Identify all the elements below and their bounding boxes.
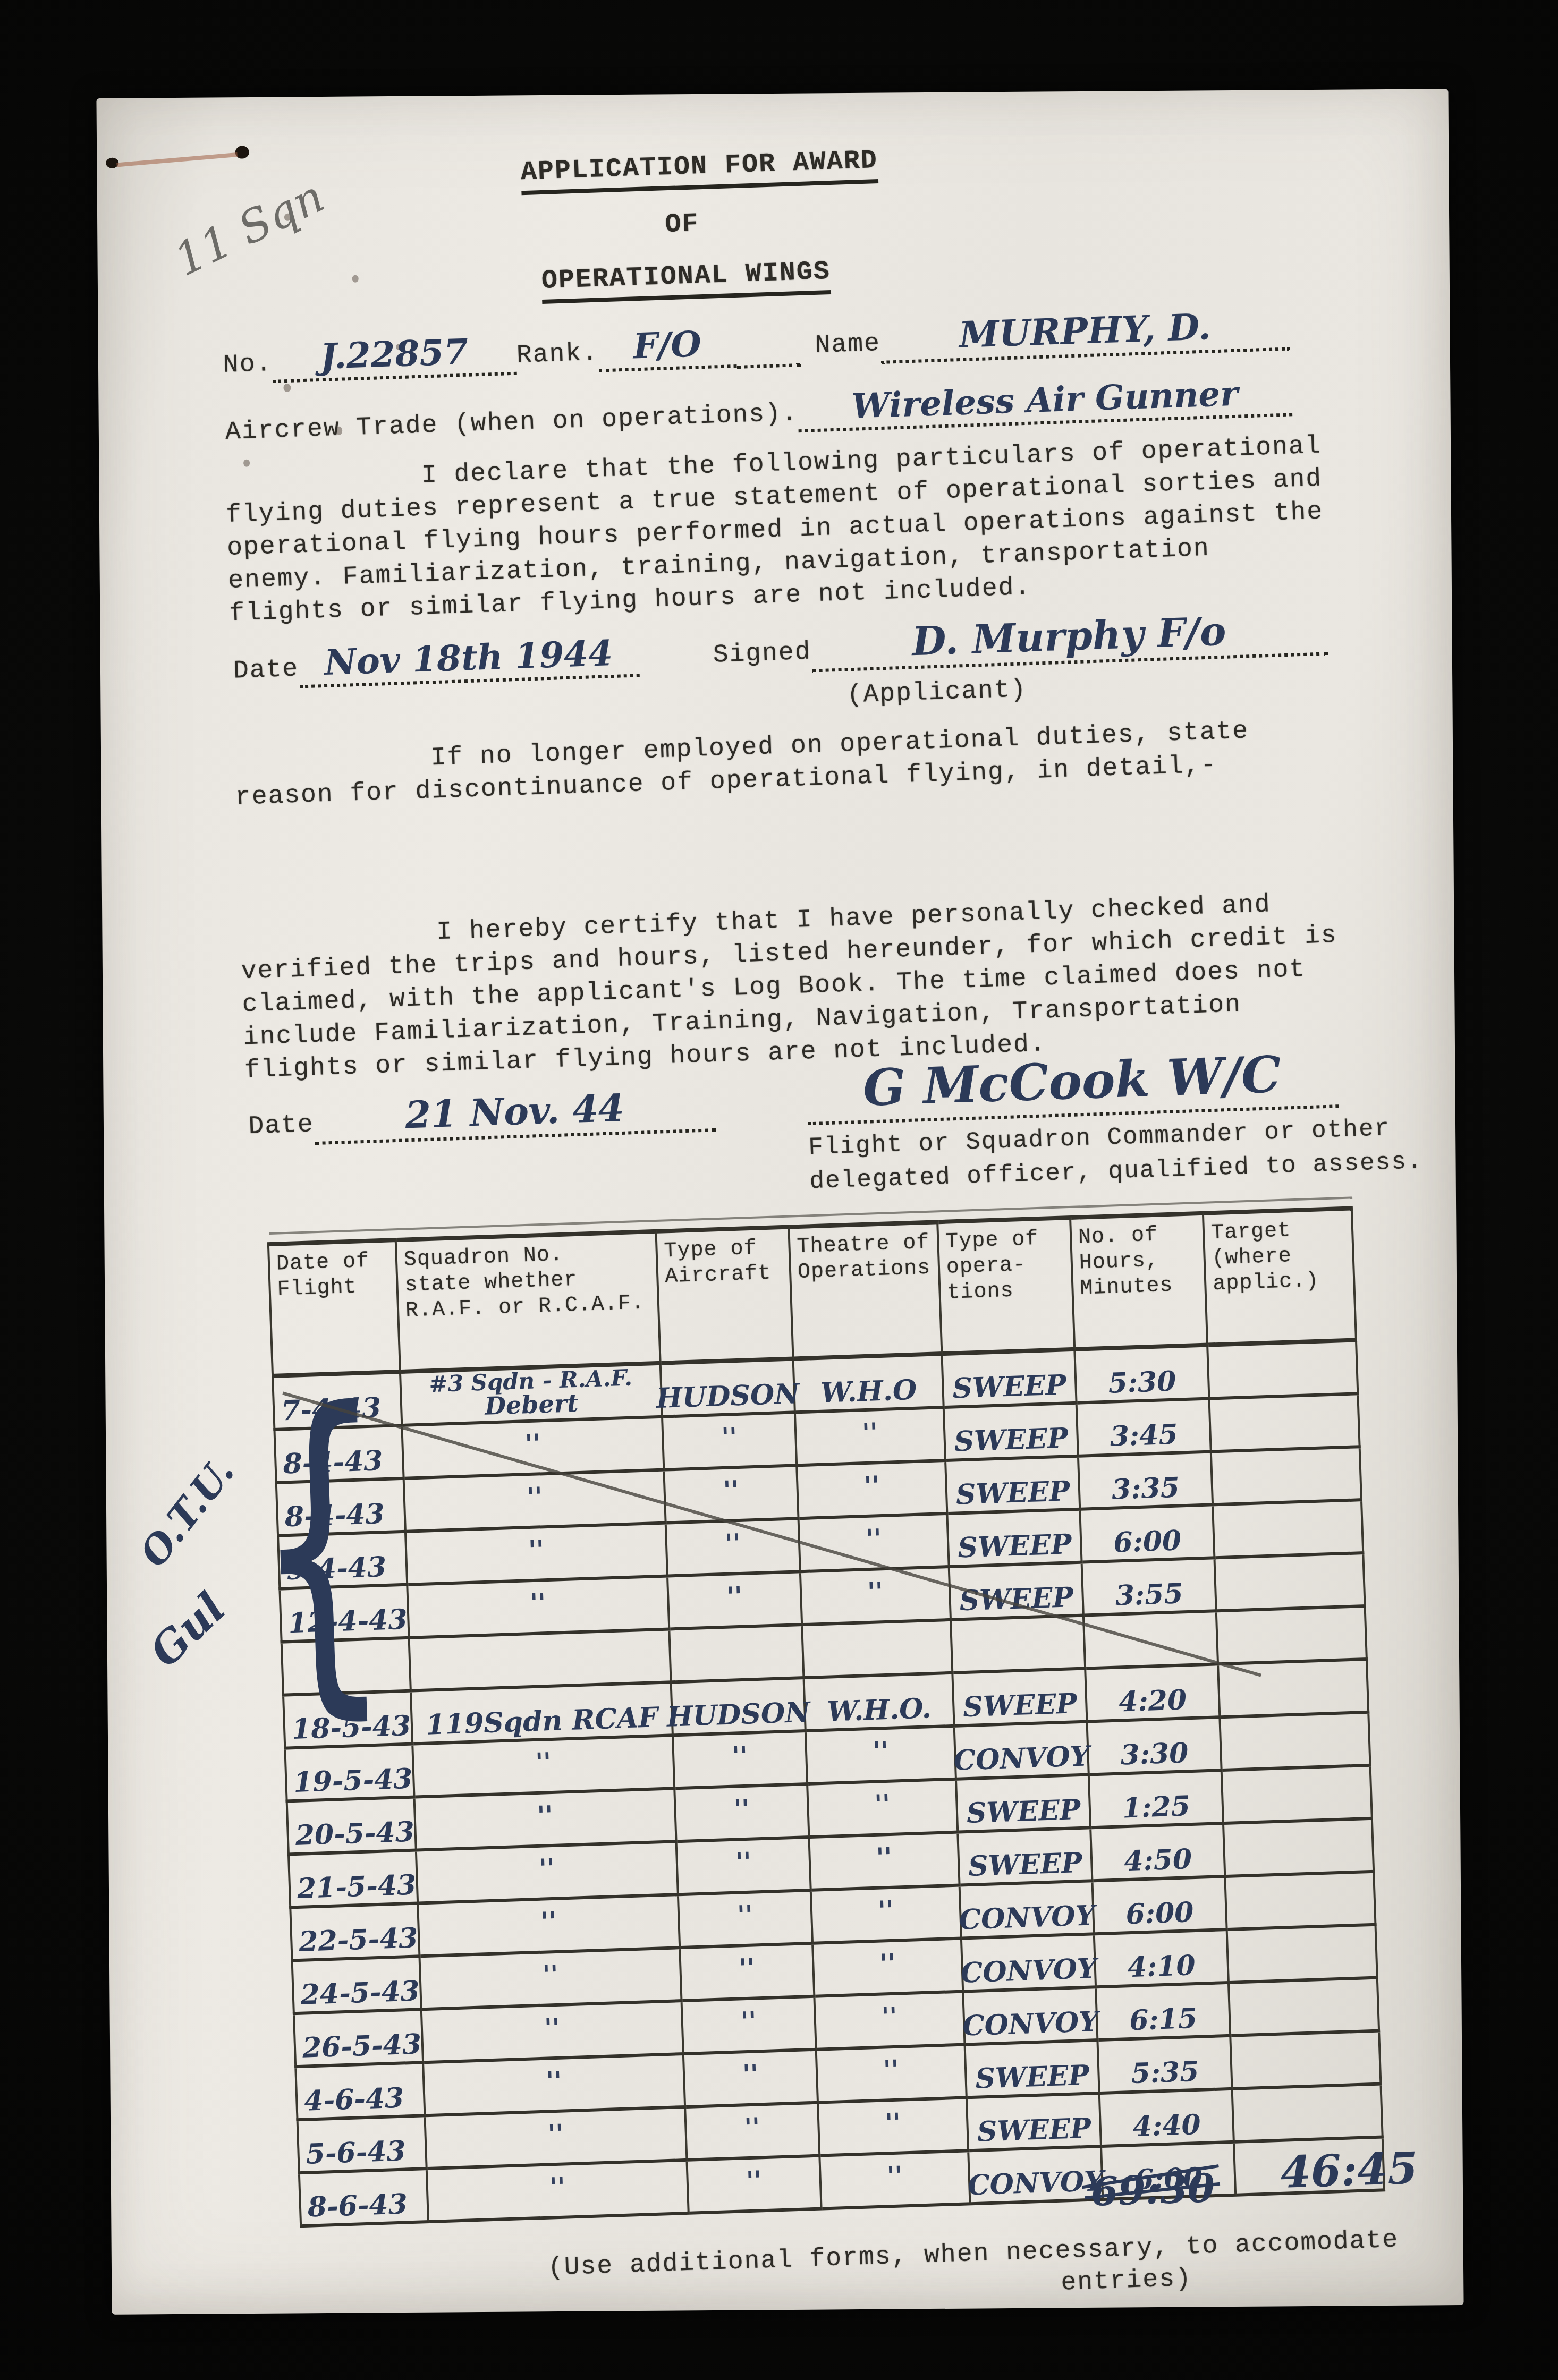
cell-theatre: '' (796, 1409, 946, 1467)
cell-aircraft: HUDSON (672, 1679, 807, 1737)
column-header: Target(whereapplic.) (1204, 1206, 1357, 1347)
cell-ops: CONVOY (964, 1988, 1098, 2046)
cell-squadron: '' (419, 1896, 681, 1958)
cell-date: 20-5-43 (286, 1798, 417, 1856)
cell-date: 21-5-43 (287, 1851, 419, 1909)
cell-aircraft: '' (667, 1520, 801, 1577)
cell-ops: SWEEP (959, 1829, 1093, 1886)
cell-theatre: '' (817, 2046, 968, 2104)
cell-hours: 4:40 (1100, 2090, 1235, 2148)
cell-hours: 3:45 (1078, 1400, 1212, 1457)
flights-table: Date ofFlightSquadron No.state whetherR.… (267, 1206, 1385, 2228)
document-page: 11 Sqn APPLICATION FOR AWARD OF OPERATIO… (96, 89, 1463, 2315)
cell-target (1231, 2033, 1382, 2090)
cell-squadron: '' (417, 1843, 679, 1905)
cell-hours: 1:25 (1090, 1772, 1224, 1829)
cell-theatre: '' (798, 1462, 948, 1520)
column-header: Squadron No.state whetherR.A.F. or R.C.A… (397, 1229, 662, 1374)
cell-target (1233, 2085, 1384, 2143)
cell-target (1214, 1501, 1364, 1559)
cell-squadron: '' (422, 2002, 684, 2064)
cell-target (1224, 1820, 1375, 1878)
column-header: Theatre ofOperations (790, 1220, 943, 1361)
cell-target (1212, 1448, 1362, 1506)
footer-note-line1: (Use additional forms, when necessary, t… (547, 2226, 1399, 2283)
no-label: No. (223, 350, 273, 380)
cell-ops: SWEEP (945, 1405, 1079, 1462)
cell-date: 4-6-43 (294, 2064, 426, 2121)
date-label: Date (233, 656, 299, 686)
cell-theatre: '' (814, 1940, 964, 1998)
photo-backdrop: 11 Sqn APPLICATION FOR AWARD OF OPERATIO… (0, 0, 1558, 2380)
cell-theatre: '' (801, 1568, 952, 1626)
cell-hours: 3:30 (1088, 1719, 1223, 1776)
cell-theatre: '' (807, 1728, 957, 1786)
cell-squadron (410, 1630, 672, 1692)
margin-note-otu: O.T.U. (131, 1450, 243, 1575)
cell-aircraft: '' (668, 1573, 803, 1630)
cell-ops: CONVOY (955, 1723, 1090, 1780)
cell-ops: CONVOY (962, 1935, 1097, 1993)
cell-theatre (803, 1621, 953, 1679)
name-value: MURPHY, D. (879, 303, 1290, 363)
cell-squadron: #3 Sqdn - R.A.F.Debert (401, 1365, 663, 1427)
column-header: No. ofHours,Minutes (1071, 1211, 1208, 1351)
cell-date: 24-5-43 (291, 1958, 422, 2015)
dotted-leader (737, 357, 801, 369)
cell-aircraft: HUDSON (662, 1361, 796, 1418)
cell-theatre: W.H.O (794, 1356, 945, 1414)
cell-hours: 6:00 (1081, 1506, 1215, 1563)
staple-rust-mark (116, 152, 238, 167)
commander-date-value: 21 Nov. 44 (313, 1084, 716, 1145)
cell-hours: 3:35 (1079, 1453, 1214, 1510)
cell-aircraft: '' (684, 2051, 819, 2109)
applicant-caption: (Applicant) (846, 676, 1027, 710)
cell-hours: 4:20 (1086, 1665, 1221, 1723)
cell-hours: 6:00 (1094, 1878, 1228, 1935)
signed-label: Signed (713, 639, 812, 670)
commander-signature-block: G McCook W/C Flight or Squadron Commande… (806, 1044, 1341, 1195)
cell-hours (1085, 1612, 1219, 1670)
identity-line: No. J.22857 Rank. F/O Name MURPHY, D. (222, 303, 1290, 386)
cell-date: 22-5-43 (289, 1905, 420, 1962)
cell-hours: 5:30 (1076, 1347, 1210, 1405)
cell-target (1208, 1342, 1359, 1400)
cell-ops: SWEEP (966, 2042, 1100, 2099)
footer-note-line2: entries) (1061, 2265, 1192, 2298)
cell-theatre: '' (819, 2099, 969, 2157)
cell-squadron: '' (413, 1737, 675, 1798)
column-header: Type ofAircraft (657, 1225, 794, 1365)
cell-aircraft: '' (675, 1786, 810, 1843)
cell-date: 19-5-43 (284, 1746, 415, 1803)
cell-date: 5-6-43 (297, 2117, 428, 2174)
cell-aircraft: '' (674, 1732, 808, 1790)
cell-hours: 4:50 (1091, 1825, 1226, 1882)
cell-ops: SWEEP (957, 1776, 1091, 1833)
cell-squadron: '' (426, 2109, 688, 2170)
total-hours-struck: 69:30 (1090, 2164, 1215, 2215)
cell-aircraft: '' (679, 1892, 814, 1949)
cell-ops: SWEEP (946, 1458, 1081, 1515)
cell-ops: CONVOY (969, 2148, 1104, 2205)
pencil-squadron-note: 11 Sqn (166, 170, 332, 286)
cell-aircraft: '' (688, 2157, 823, 2215)
cell-squadron: '' (405, 1472, 667, 1533)
cell-aircraft (670, 1626, 805, 1684)
cell-target (1216, 1554, 1366, 1612)
cell-theatre: W.H.O. (805, 1674, 955, 1732)
name-label: Name (815, 330, 881, 361)
cell-squadron: '' (424, 2055, 686, 2117)
cell-target (1230, 1979, 1380, 2037)
pin-hole (352, 275, 358, 282)
pin-hole (283, 384, 291, 392)
rank-label: Rank. (516, 339, 599, 371)
cell-ops: SWEEP (943, 1351, 1078, 1409)
form-title-connector: OF (665, 208, 700, 240)
cell-squadron: '' (403, 1418, 665, 1480)
cell-squadron: '' (408, 1577, 670, 1639)
cell-aircraft: '' (683, 1998, 817, 2055)
cell-theatre: '' (812, 1887, 962, 1945)
no-value: J.22857 (272, 329, 518, 383)
cell-squadron: '' (428, 2162, 690, 2223)
cell-squadron: '' (421, 1949, 683, 2011)
cell-squadron: 119Sqdn RCAF (412, 1684, 674, 1745)
cell-date: 26-5-43 (293, 2011, 424, 2068)
cell-theatre: '' (815, 1993, 966, 2051)
cell-target (1223, 1767, 1373, 1825)
cell-aircraft: '' (665, 1467, 799, 1524)
cell-hours: 4:10 (1095, 1931, 1230, 1988)
cell-aircraft: '' (678, 1839, 812, 1896)
cell-target (1217, 1608, 1368, 1665)
form-title-line1: APPLICATION FOR AWARD (520, 145, 878, 188)
cell-squadron: '' (407, 1525, 668, 1586)
cell-theatre: '' (808, 1781, 959, 1839)
cell-theatre: '' (820, 2152, 971, 2210)
cell-aircraft: '' (681, 1945, 815, 2002)
applicant-signature: D. Murphy F/o (810, 604, 1328, 672)
date-label: Date (248, 1111, 315, 1142)
cell-squadron: '' (416, 1790, 678, 1851)
trade-label: Aircrew Trade (when on operations). (225, 399, 798, 447)
cell-ops: CONVOY (961, 1882, 1095, 1940)
column-header: Type ofopera-tions (938, 1215, 1076, 1356)
declaration-paragraph: I declare that the following particulars… (224, 430, 1341, 631)
rank-value: F/O (597, 322, 737, 372)
cell-target (1221, 1714, 1371, 1772)
cell-aircraft: '' (663, 1414, 798, 1471)
margin-note-word: Gul (140, 1583, 235, 1677)
cell-aircraft: '' (686, 2104, 820, 2162)
date-value: Nov 18th 1944 (298, 631, 639, 688)
cell-hours: 6:15 (1097, 1984, 1231, 2042)
cell-ops: SWEEP (948, 1511, 1082, 1568)
cell-target (1228, 1926, 1378, 1984)
cell-hours: 5:35 (1098, 2037, 1233, 2095)
commander-date-line: Date 21 Nov. 44 (248, 1084, 717, 1147)
cell-theatre: '' (810, 1834, 961, 1892)
form-title-line2: OPERATIONAL WINGS (541, 256, 831, 296)
cell-target (1226, 1873, 1376, 1931)
cell-ops (952, 1617, 1086, 1674)
cell-ops: SWEEP (953, 1670, 1088, 1727)
cell-date: 8-6-43 (298, 2170, 429, 2228)
cell-target (1210, 1395, 1361, 1453)
trade-value: Wireless Air Gunner (797, 371, 1292, 432)
cell-ops: SWEEP (968, 2095, 1102, 2152)
cell-hours: 3:55 (1083, 1559, 1217, 1617)
discontinuance-paragraph: If no longer employed on operational dut… (234, 712, 1347, 814)
total-hours-final: 46:45 (1280, 2143, 1419, 2198)
